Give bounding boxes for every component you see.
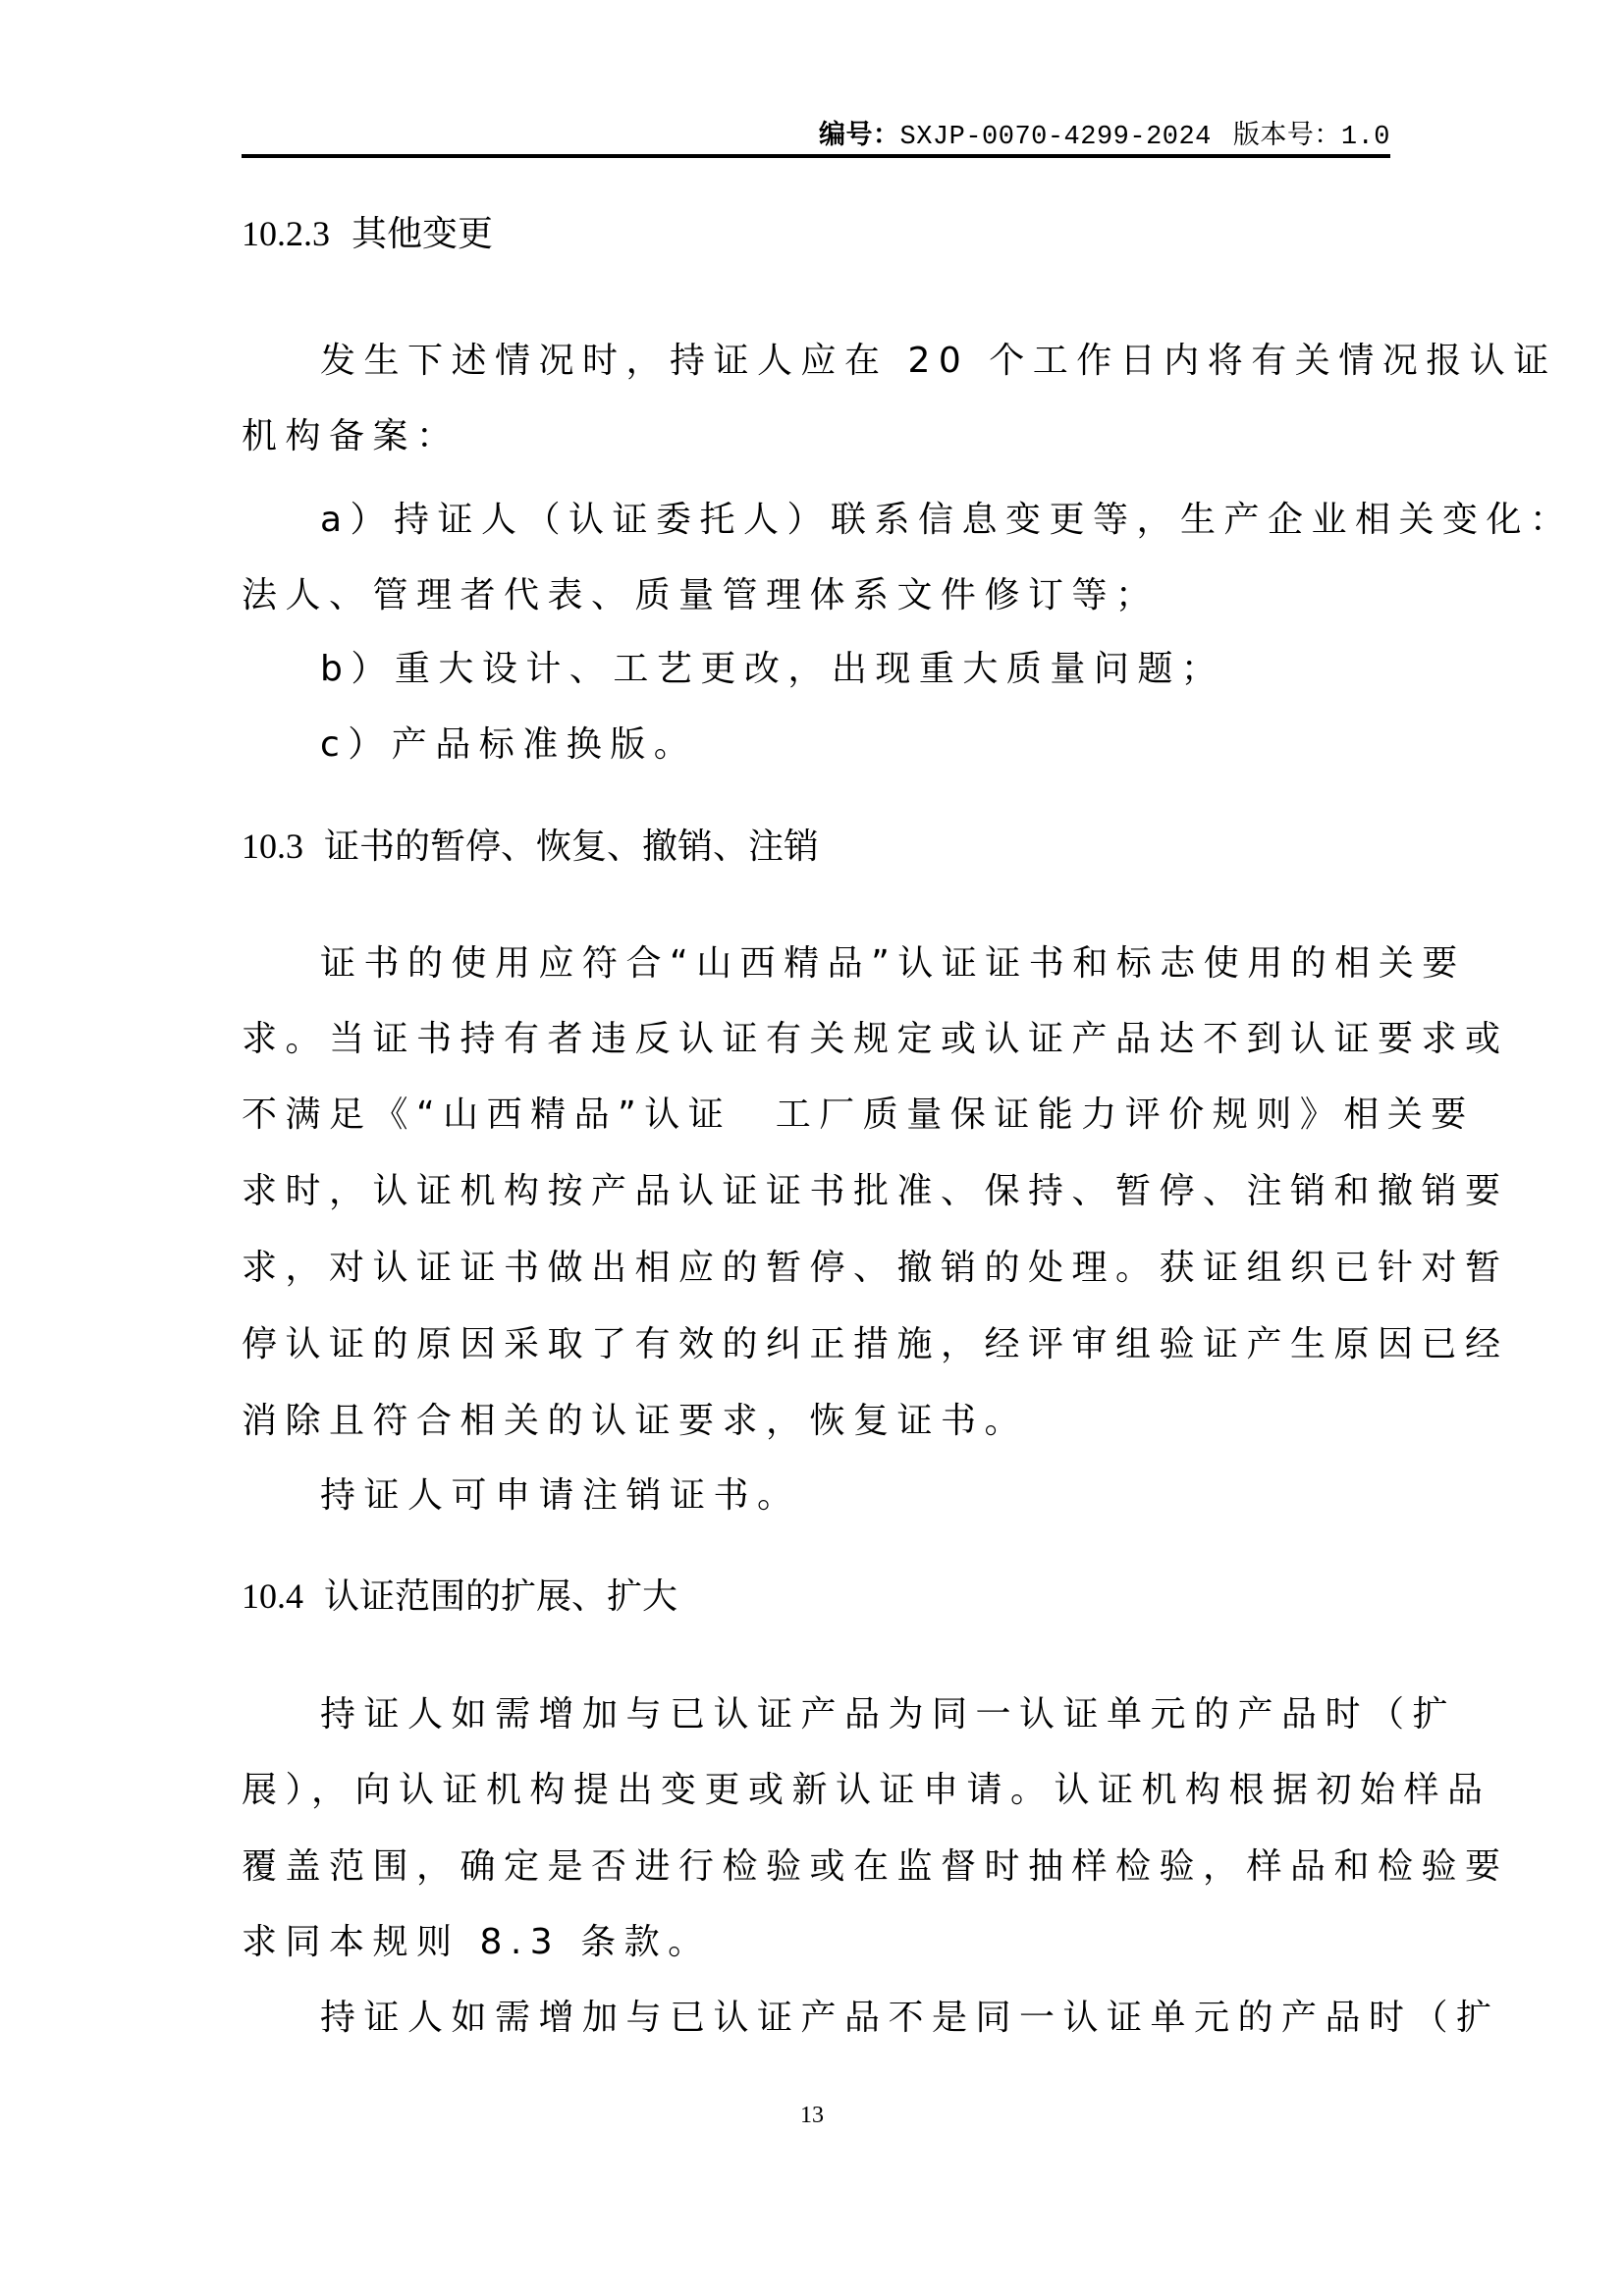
section-heading-10-3: 10.3证书的暂停、恢复、撤销、注销 — [242, 823, 819, 871]
paragraph-line: 持证人可申请注销证书。 — [320, 1472, 1390, 1520]
paragraph-line: 求。当证书持有者违反认证有关规定或认证产品达不到认证要求或 — [242, 1016, 1390, 1063]
paragraph-line: 机构备案： — [242, 413, 1390, 460]
paragraph-line: 求，对认证证书做出相应的暂停、撤销的处理。获证组织已针对暂 — [242, 1245, 1390, 1292]
document-page: 编号：SXJP-0070-4299-2024版本号：1.0 10.2.3其他变更… — [0, 0, 1624, 2296]
paragraph-line: 停认证的原因采取了有效的纠正措施，经评审组验证产生原因已经 — [242, 1321, 1390, 1368]
page-number: 13 — [0, 2101, 1624, 2130]
list-item-b: b）重大设计、工艺更改，出现重大质量问题； — [320, 646, 1390, 693]
section-title: 证书的暂停、恢复、撤销、注销 — [324, 827, 819, 867]
list-item-c: c）产品标准换版。 — [320, 721, 1390, 769]
section-title: 其他变更 — [352, 214, 493, 254]
version-number: 1.0 — [1341, 123, 1390, 152]
paragraph-line: 展），向认证机构提出变更或新认证申请。认证机构根据初始样品 — [242, 1767, 1390, 1814]
code-label: 编号： — [819, 120, 900, 150]
paragraph-line: 发生下述情况时，持证人应在 20 个工作日内将有关情况报认证 — [320, 338, 1390, 385]
list-item-a: a）持证人（认证委托人）联系信息变更等，生产企业相关变化： — [320, 497, 1390, 544]
section-number: 10.2.3 — [242, 210, 352, 257]
section-number: 10.4 — [242, 1573, 324, 1620]
paragraph-line: 覆盖范围，确定是否进行检验或在监督时抽样检验，样品和检验要 — [242, 1843, 1390, 1891]
paragraph-line: 持证人如需增加与已认证产品为同一认证单元的产品时（扩 — [320, 1691, 1390, 1738]
section-heading-10-2-3: 10.2.3其他变更 — [242, 210, 493, 258]
paragraph-line: 求同本规则 8.3 条款。 — [242, 1919, 1390, 1966]
version-label: 版本号： — [1233, 120, 1341, 150]
section-title: 认证范围的扩展、扩大 — [324, 1576, 677, 1617]
paragraph-line: 不满足《“山西精品”认证 工厂质量保证能力评价规则》相关要 — [242, 1092, 1390, 1139]
paragraph-line: 持证人如需增加与已认证产品不是同一认证单元的产品时（扩 — [320, 1995, 1390, 2042]
paragraph-line: 消除且符合相关的认证要求，恢复证书。 — [242, 1398, 1390, 1445]
document-header: 编号：SXJP-0070-4299-2024版本号：1.0 — [242, 116, 1390, 155]
paragraph-line: 求时，认证机构按产品认证证书批准、保持、暂停、注销和撤销要 — [242, 1168, 1390, 1215]
section-heading-10-4: 10.4认证范围的扩展、扩大 — [242, 1573, 677, 1621]
list-item-a-continued: 法人、管理者代表、质量管理体系文件修订等； — [242, 572, 1390, 619]
header-divider — [242, 154, 1390, 158]
document-code: SXJP-0070-4299-2024 — [900, 123, 1212, 152]
section-number: 10.3 — [242, 823, 324, 870]
paragraph-line: 证书的使用应符合“山西精品”认证证书和标志使用的相关要 — [320, 940, 1390, 988]
